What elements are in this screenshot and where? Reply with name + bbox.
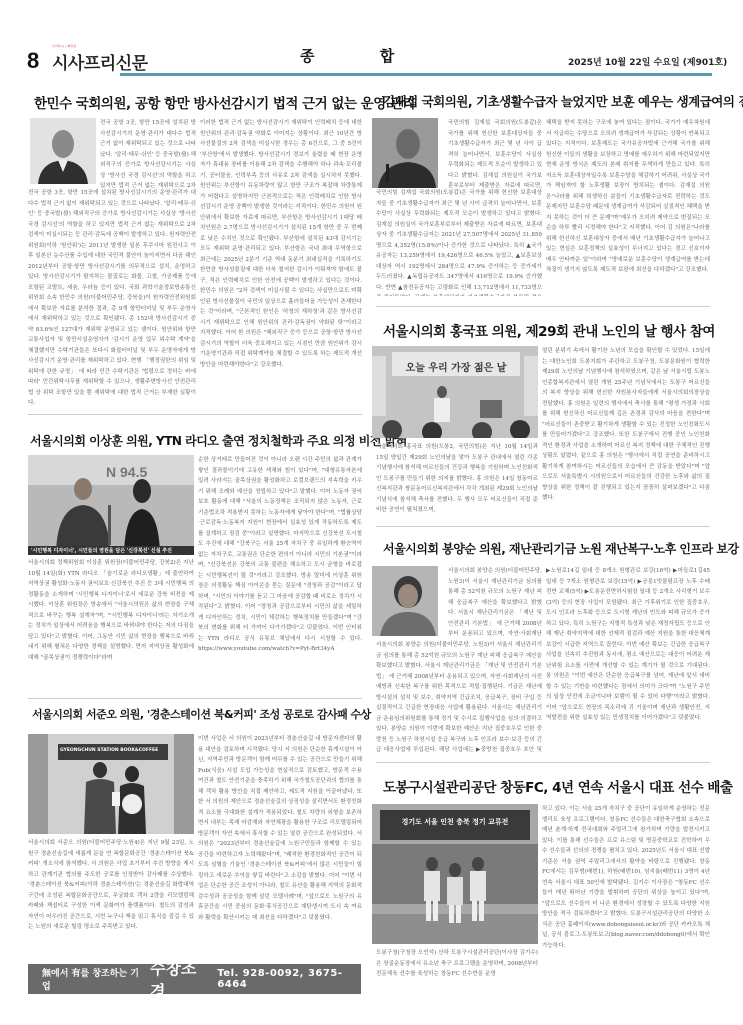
logo-tagline: 우리의 눈 | 희망을 [52, 44, 76, 48]
article-headline: 김재섭 국회의원, 기초생활수급자 늘었지만 보훈 예우는 생계급여의 걸림돌 [383, 92, 743, 110]
ad-slogan: 無에서 有를 창조하는 기업 [42, 966, 140, 992]
advertisement-banner: 無에서 有를 창조하는 기업 수창조경 Tel. 928-0092, 3675-… [28, 964, 361, 994]
ad-phone: Tel. 928-0092, 3675-6464 [217, 968, 361, 990]
article-body-col2: 순한 상거래로 만들어진 것이 아니라 오랜 시간 주민의 삶과 관계가 쌓인 … [198, 455, 362, 698]
article-body-col2: 하고 있다. 이는 서울 25개 자치구 중 공단이 유일하게 운영하는 전문 … [542, 804, 710, 992]
newspaper-logo: 시사프리신문 [52, 49, 148, 74]
person-portrait-icon [372, 118, 438, 188]
article-body-col2: 혜택을 받지 못하는 구조에 놓여 있다는 점이다. 국가가 예우차원에서 지급… [546, 118, 710, 296]
article-photo-portrait [372, 118, 438, 188]
article-divider [28, 698, 362, 699]
article-body-col1: 서울시의회 홍국표 의원(도봉2, 국민의힘)은 지난 10월 14일과 15일… [376, 442, 538, 526]
section-title: 종 합 [300, 45, 424, 66]
person-portrait-icon [372, 566, 438, 636]
article-headline: 서울시의회 서준오 의원, '경춘스테이션 북&커피' 조성 공로로 감사패 수… [32, 706, 371, 722]
article-divider [28, 414, 362, 415]
article-photo-event: 오늘 우리 가장 젊은 날 [372, 346, 538, 438]
article-photo-award: GYEONGCHUN STATION BOOK&COFFEE [28, 734, 194, 834]
article-headline: 한민수 국회의원, 공항 항만 방사선감시기 법적 근거 없는 운영 관리 [34, 92, 415, 112]
article-body-col1: 서울시의회 봉양순 의원(더불어민주당, 노원3)이 서울시 재난관리기금 심의… [376, 640, 542, 754]
article-headline: 서울시의회 봉양순 의원, 재난관리기금 노원 재난복구·노후 인프라 보강 [383, 540, 739, 557]
radio-studio-photo-icon: N 94.5 [28, 455, 194, 551]
header-rule [120, 73, 712, 76]
photo-caption: '시민행복 디자이너', 시민들의 염원을 담은 '신강북선' 신설 추진 [28, 546, 194, 555]
issue-date: 2025년 10월 22일 수요일 (제901호) [568, 55, 727, 68]
article-body-col2: 이번 사업은 서 의원이 2023년부터 경춘선숲길 내 방문자센터의 활용 대… [198, 734, 362, 956]
article-photo-portrait [372, 566, 438, 636]
article-divider [376, 306, 710, 307]
photo-banner-text: 오늘 우리 가장 젊은 날 [392, 359, 520, 374]
person-portrait-icon [30, 118, 96, 184]
ad-company-name: 수창조경 [150, 956, 207, 1002]
article-body-col1-intro: 국민의힘 김재섭 국회의원(도봉갑)은 국가를 위해 헌신한 보훈대상자들 중 … [448, 118, 542, 188]
photo-sign-text: GYEONGCHUN STATION BOOK&COFFEE [60, 748, 158, 753]
article-body-col1: 서울시의회 서준오 의원(더불어민주당·노원4)은 지난 9월 23일, 노원구… [28, 838, 194, 956]
article-headline: 도봉구시설관리공단 창동FC, 4년 연속 서울시 대표 선수 배출 [383, 776, 733, 796]
article-body-col2: ▶노원로14길 일대 등 8개소 원형관로 보강(16억) ▶마들로1길45 일… [546, 566, 710, 754]
article-photo-radio-studio: N 94.5 [28, 455, 194, 551]
article-body-col1: 전국 공항 3곳, 항만 15곳에 설치된 방사선감시기의 운영·관리가 대다수… [28, 188, 196, 406]
article-body-col1: 서울시의회 정책위원회 이상훈 위원장(더불어민주당, 강북2)은 지난 10월… [28, 558, 194, 698]
article-divider [376, 526, 710, 527]
article-divider [376, 762, 710, 763]
article-body-col1-intro: 전국 공항 3곳, 항만 15곳에 설치된 방사선감시기의 운영·관리가 대다수… [100, 118, 196, 188]
article-headline: 서울시의회 이상훈 의원, YTN 라디오 출연 정치철학과 주요 의정 비전 … [30, 432, 407, 449]
article-headline: 서울시의회 홍국표 의원, 제29회 관내 노인의 날 행사 참여 [383, 320, 715, 340]
article-body-col2: 열린 분위기 속에서 활기찬 노년의 모습을 확인할 수 있었다. 15일에는 … [542, 346, 710, 526]
article-photo-portrait [30, 118, 96, 184]
article-body-col2: 이러한 법적 근거 없는 방사선감시기 재위탁이 인력배치 등에 대한 원안위의… [200, 118, 362, 406]
article-body-col1-intro: 서울시의회 봉양순 의원(더불어민주당, 노원3)이 서울시 재난관리기금 심의… [448, 566, 542, 638]
article-body-col1: 도봉구청(구청장 오언석) 산하 도봉구시설관리공단(이사장 김기수)은 창골운… [376, 948, 538, 992]
svg-text:N 94.5: N 94.5 [106, 464, 147, 480]
article-photo-team: 경기도 서울 인천 충북 정기 교류전 [372, 804, 538, 944]
photo-banner-text: 경기도 서울 인천 충북 정기 교류전 [398, 817, 512, 827]
article-body-col1: 국민의힘 김재섭 국회의원(도봉갑)은 국가를 위해 헌신한 보훈대상자들 중 … [376, 188, 542, 296]
page-number: 8 [27, 48, 39, 74]
